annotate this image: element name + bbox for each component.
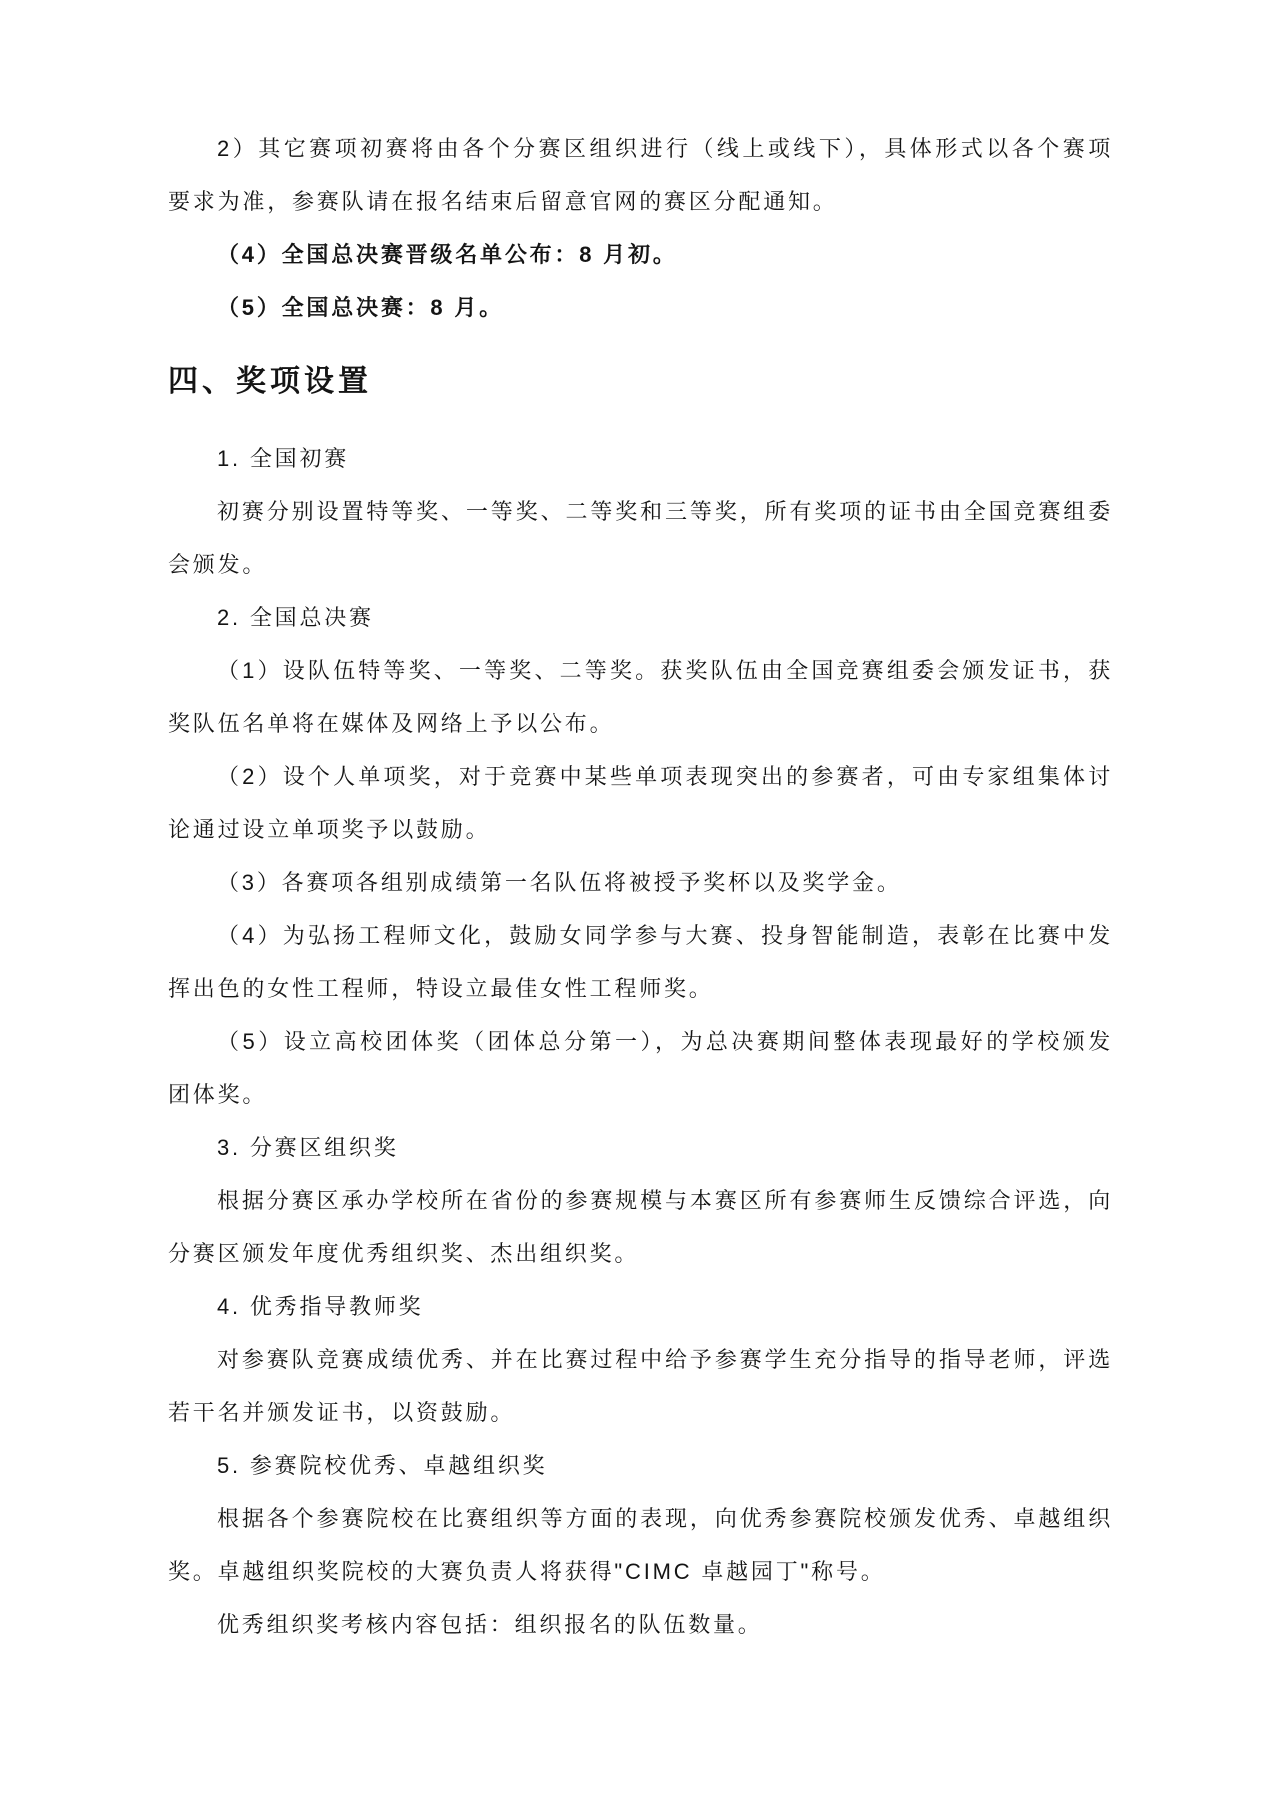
paragraph: 对参赛队竞赛成绩优秀、并在比赛过程中给予参赛学生充分指导的指导老师，评选若干名并… bbox=[168, 1333, 1113, 1439]
paragraph: 根据分赛区承办学校所在省份的参赛规模与本赛区所有参赛师生反馈综合评选，向分赛区颁… bbox=[168, 1174, 1113, 1280]
document-page: 2）其它赛项初赛将由各个分赛区组织进行（线上或线下），具体形式以各个赛项要求为准… bbox=[0, 0, 1280, 1810]
paragraph: （2）设个人单项奖，对于竞赛中某些单项表现突出的参赛者，可由专家组集体讨论通过设… bbox=[168, 750, 1113, 856]
paragraph: 4. 优秀指导教师奖 bbox=[168, 1280, 1113, 1333]
paragraph: 3. 分赛区组织奖 bbox=[168, 1121, 1113, 1174]
paragraph: 根据各个参赛院校在比赛组织等方面的表现，向优秀参赛院校颁发优秀、卓越组织奖。卓越… bbox=[168, 1492, 1113, 1598]
paragraph: 1. 全国初赛 bbox=[168, 432, 1113, 485]
paragraph: 2. 全国总决赛 bbox=[168, 591, 1113, 644]
paragraph: （4）全国总决赛晋级名单公布：8 月初。 bbox=[168, 228, 1113, 281]
section-heading: 四、奖项设置 bbox=[168, 360, 1113, 404]
paragraph: （4）为弘扬工程师文化，鼓励女同学参与大赛、投身智能制造，表彰在比赛中发挥出色的… bbox=[168, 909, 1113, 1015]
paragraph: （3）各赛项各组别成绩第一名队伍将被授予奖杯以及奖学金。 bbox=[168, 856, 1113, 909]
paragraph: 初赛分别设置特等奖、一等奖、二等奖和三等奖，所有奖项的证书由全国竞赛组委会颁发。 bbox=[168, 485, 1113, 591]
paragraph: （5）全国总决赛：8 月。 bbox=[168, 281, 1113, 334]
paragraph: 2）其它赛项初赛将由各个分赛区组织进行（线上或线下），具体形式以各个赛项要求为准… bbox=[168, 122, 1113, 228]
paragraph: 5. 参赛院校优秀、卓越组织奖 bbox=[168, 1439, 1113, 1492]
document-body: 2）其它赛项初赛将由各个分赛区组织进行（线上或线下），具体形式以各个赛项要求为准… bbox=[168, 122, 1113, 1651]
paragraph: 优秀组织奖考核内容包括：组织报名的队伍数量。 bbox=[168, 1598, 1113, 1651]
paragraph: （5）设立高校团体奖（团体总分第一），为总决赛期间整体表现最好的学校颁发团体奖。 bbox=[168, 1015, 1113, 1121]
paragraph: （1）设队伍特等奖、一等奖、二等奖。获奖队伍由全国竞赛组委会颁发证书，获奖队伍名… bbox=[168, 644, 1113, 750]
